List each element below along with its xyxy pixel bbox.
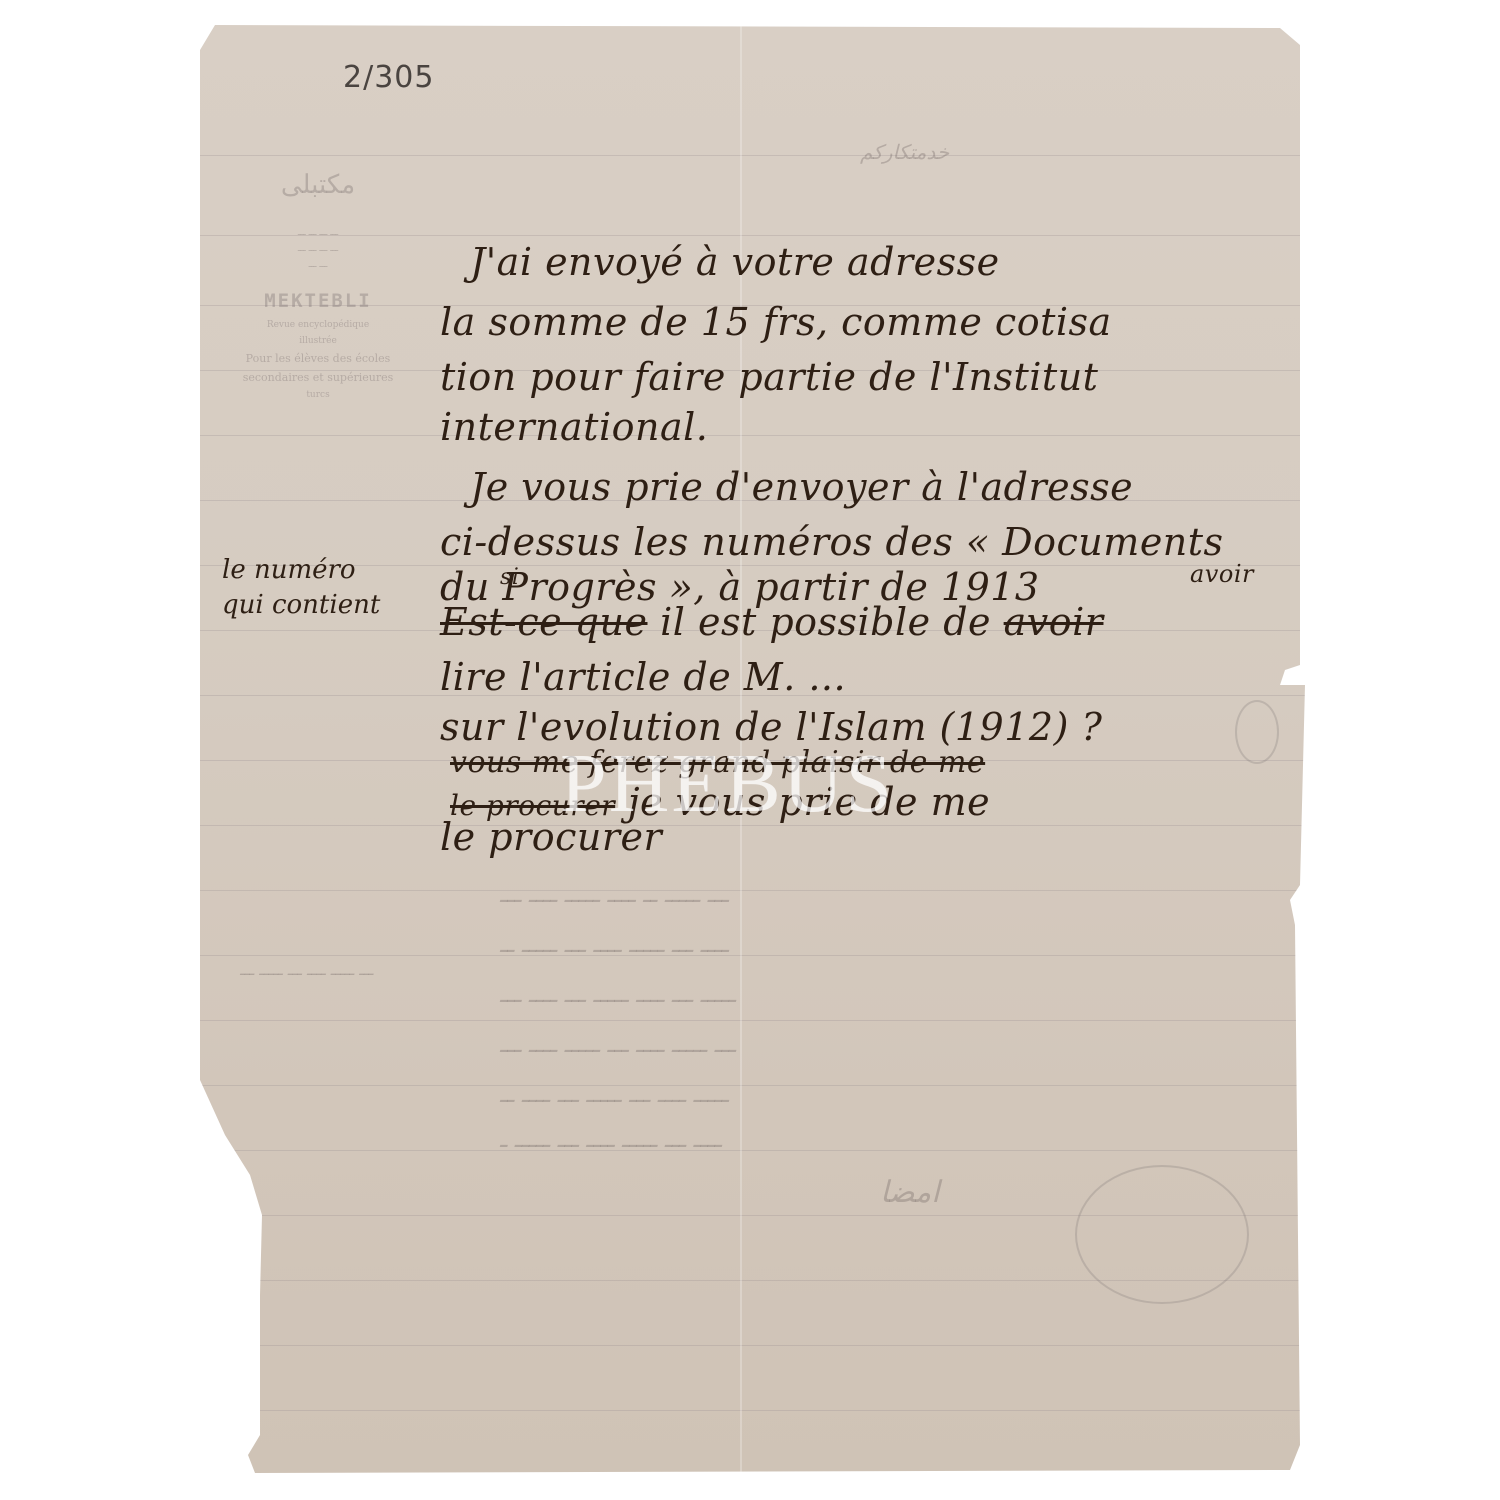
letter-line: Je vous prie d'envoyer à l'adresse xyxy=(470,465,1133,509)
seal-stamp xyxy=(1075,1165,1249,1304)
ruled-line xyxy=(200,890,1305,891)
letterhead-subtitle: illustrée xyxy=(228,336,408,346)
ottoman-header: خدمتکارکم xyxy=(860,140,949,164)
watermark: PHEBUS xyxy=(560,735,894,832)
ruled-line xyxy=(200,1345,1305,1346)
ruled-line xyxy=(200,955,1305,956)
line-text: il est possible de xyxy=(660,600,991,644)
inserted-word: avoir xyxy=(1190,560,1254,588)
faint-script-line: ـــ ـــــ ــــ ـــ ـــــ ـــ xyxy=(240,960,373,979)
letter-line: international. xyxy=(440,405,708,449)
letterhead-subtitle: turcs xyxy=(228,390,408,400)
faint-script-line: ــــ ـــ ـــــ ــــ ـــ ـــــ ــ xyxy=(500,930,729,958)
letterhead-title: MEKTEBLI xyxy=(228,290,408,312)
seal-stamp-partial xyxy=(1235,700,1279,764)
struck-text: avoir xyxy=(1004,600,1104,644)
signature: امضا xyxy=(880,1175,940,1210)
letterhead-line: ـــ ـــ xyxy=(228,260,408,270)
letter-line: J'ai envoyé à votre adresse xyxy=(470,240,1000,284)
ruled-line xyxy=(200,1150,1305,1151)
letterhead-line: ـــ ـــ ـــ ـــ xyxy=(228,244,408,254)
letter-line: Est-ce que il est possible de avoir xyxy=(440,600,1103,644)
reference-number: 2/305 xyxy=(343,60,434,95)
ruled-line xyxy=(200,435,1305,436)
inserted-word: si xyxy=(500,565,519,590)
letter-line: ci-dessus les numéros des « Documents xyxy=(440,520,1224,564)
margin-note: qui contient xyxy=(222,590,380,620)
letterhead-subtitle: Pour les élèves des écoles xyxy=(228,352,408,365)
letterhead: مکتبلی ـــ ـــ ـــ ـــ ـــ ـــ ـــ ـــ ـ… xyxy=(228,170,408,406)
letter-line: lire l'article de M. ... xyxy=(440,655,846,699)
letterhead-line: ـــ ـــ ـــ ـــ xyxy=(228,228,408,238)
letterhead-emblem: مکتبلی xyxy=(228,170,408,200)
faint-script-line: ــــ ـــ ـــــ ــــ ـــ ـــــ ـ xyxy=(500,1125,722,1153)
letterhead-subtitle: secondaires et supérieures xyxy=(228,371,408,384)
letterhead-subtitle: Revue encyclopédique xyxy=(228,320,408,330)
ruled-line xyxy=(200,1410,1305,1411)
ruled-line xyxy=(200,155,1305,156)
faint-script-line: ـــ ـــــ ــــ ـــ ـــــ ــــ ـــ xyxy=(500,1030,736,1058)
margin-note: le numéro xyxy=(222,555,356,585)
struck-text: Est-ce que xyxy=(440,600,648,644)
faint-script-line: ـــ ـــــ ــ ــــ ـــــ ــــ ـــ xyxy=(500,880,729,908)
ruled-line xyxy=(200,1020,1305,1021)
ruled-line xyxy=(200,1085,1305,1086)
letter-line: tion pour faire partie de l'Institut xyxy=(440,355,1098,399)
faint-script-line: ـــــ ــــ ـــ ـــــ ـــ ــــ ــ xyxy=(500,1080,729,1108)
letter-line: la somme de 15 frs, comme cotisa xyxy=(440,300,1112,344)
faint-script-line: ـــــ ـــ ــــ ـــــ ـــ ــــ ـــ xyxy=(500,980,736,1008)
